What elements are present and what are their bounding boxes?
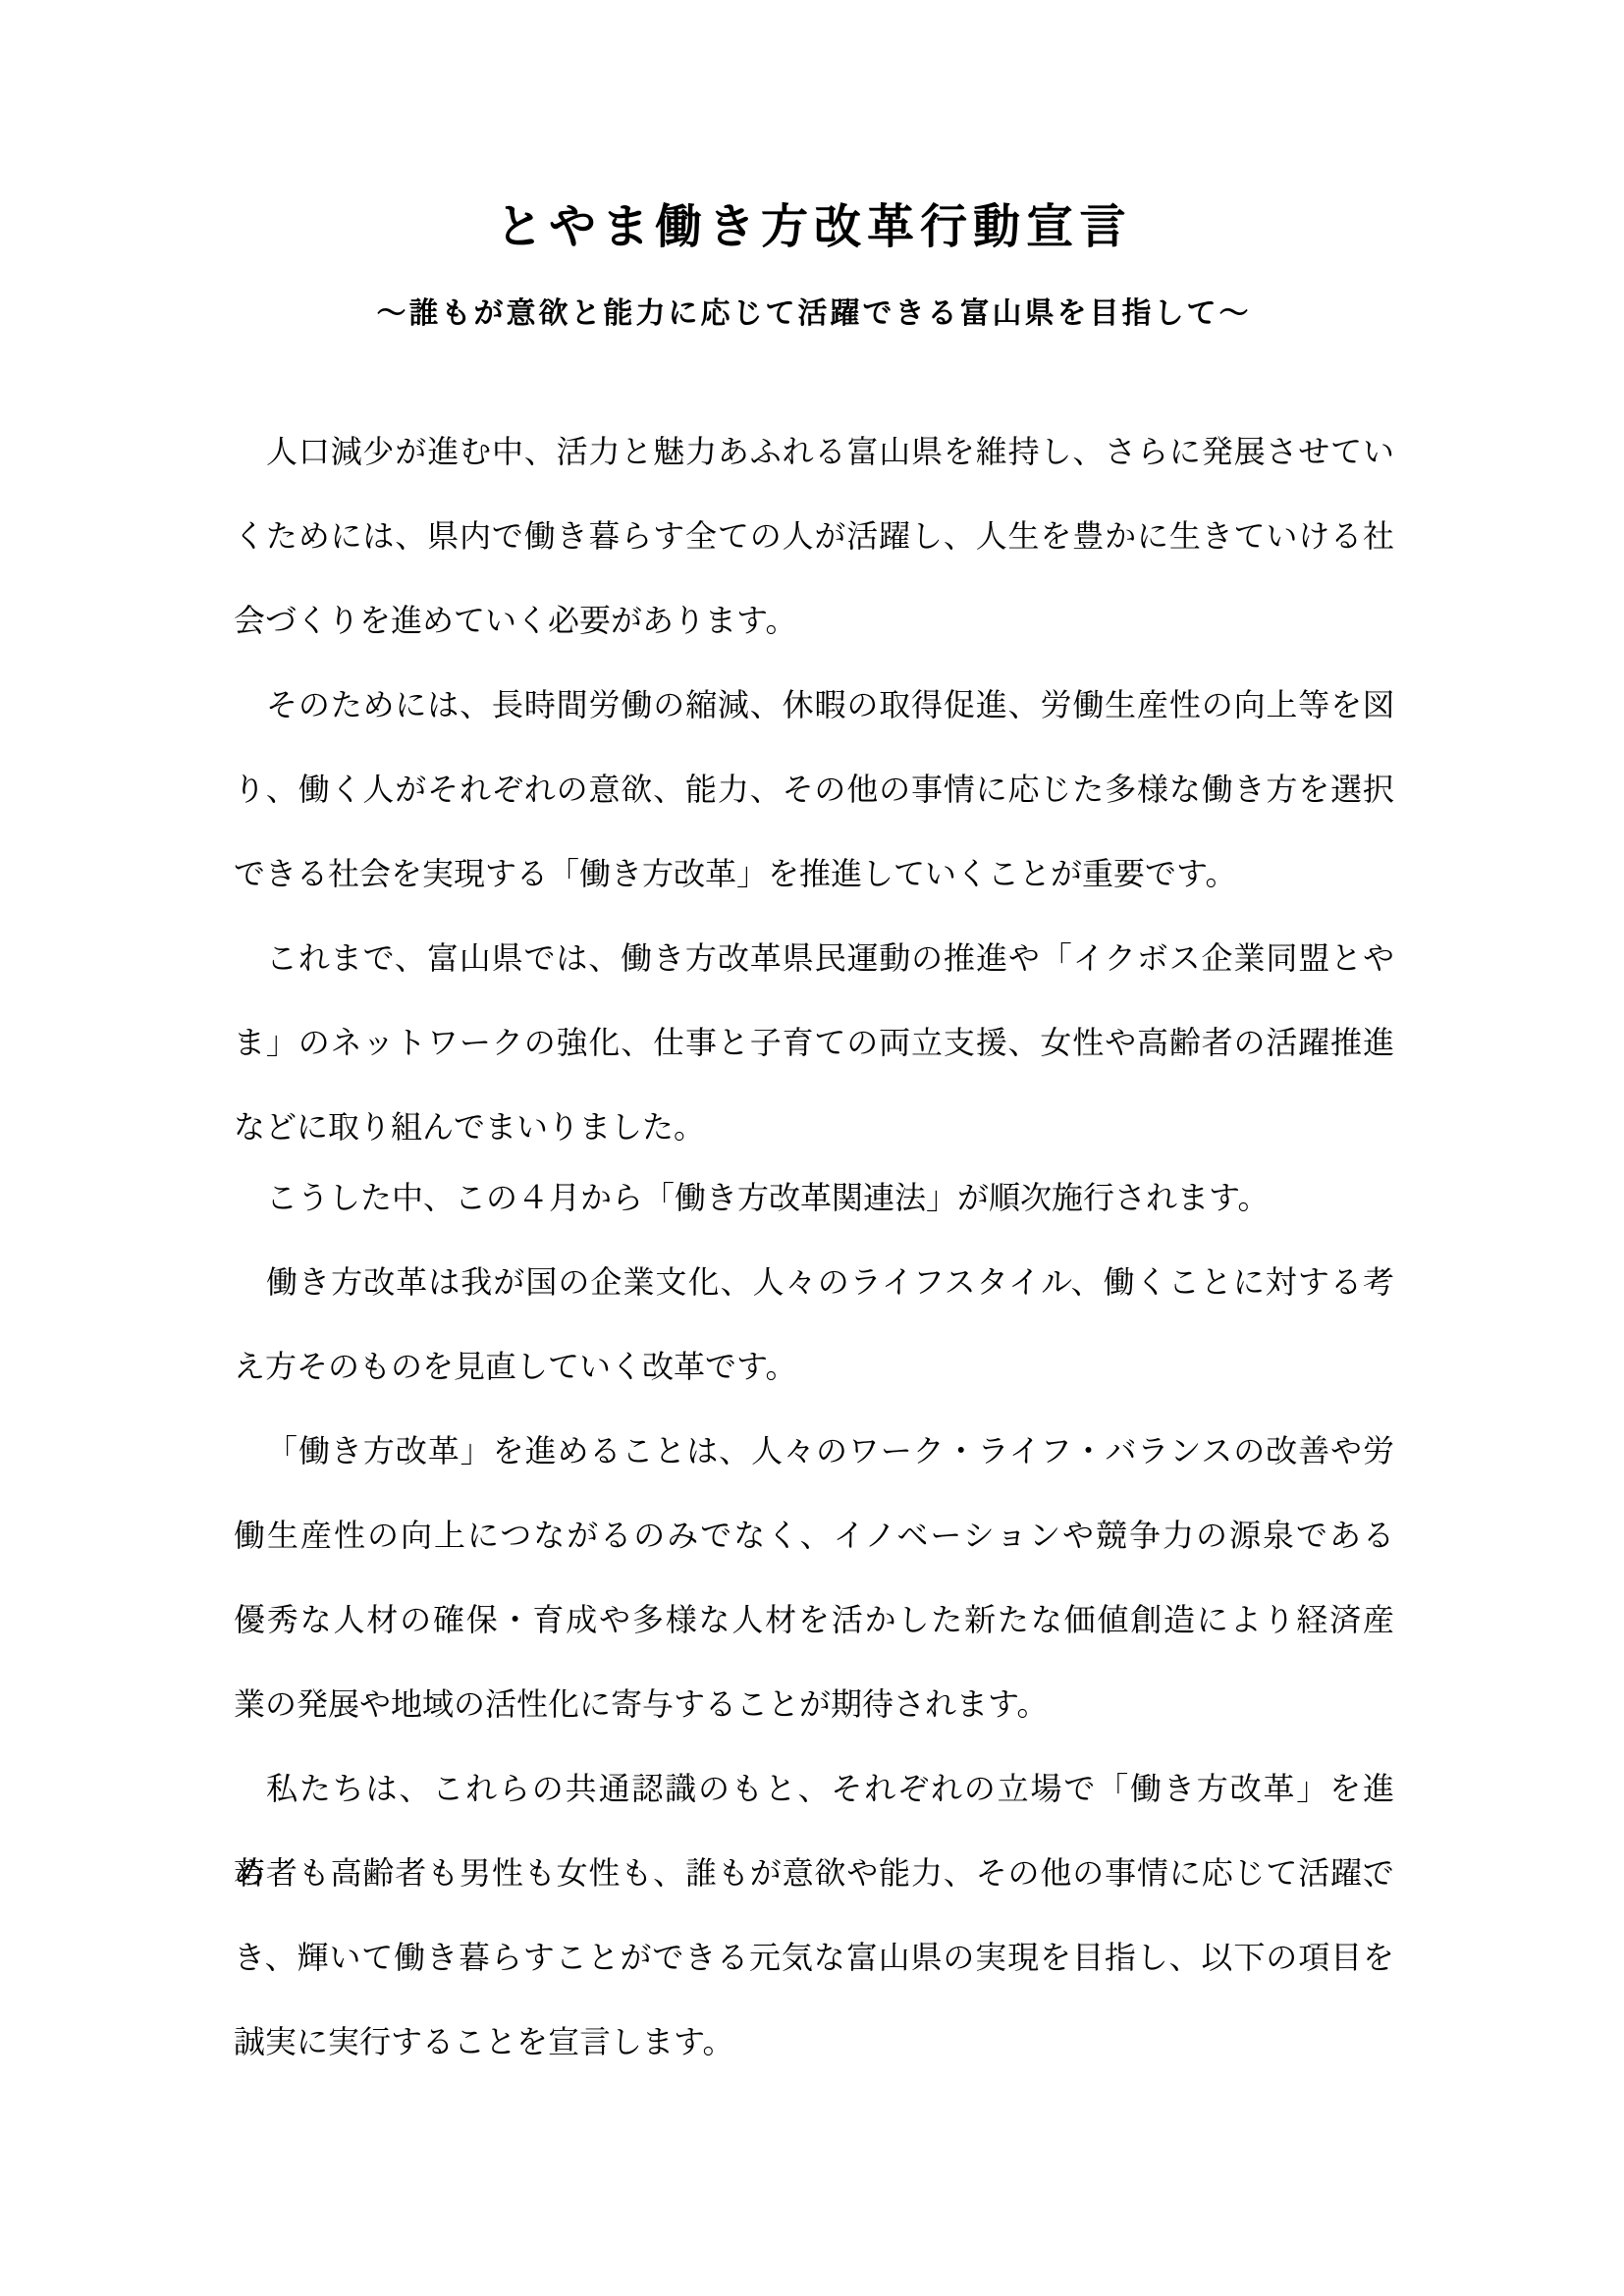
document-title: とやま働き方改革行動宣言 [234,200,1394,254]
body-line: 人口減少が進む中、活力と魅力あふれる富山県を維持し、さらに発展させてい [234,409,1394,494]
body-line: 誠実に実行することを宣言します。 [234,2000,1394,2084]
body-line: 業の発展や地域の活性化に寄与することが期待されます。 [234,1662,1394,1746]
body-line: 働き方改革は我が国の企業文化、人々のライフスタイル、働くことに対する考 [234,1240,1394,1324]
body-line: ま」のネットワークの強化、仕事と子育ての両立支援、女性や高齢者の活躍推進 [234,1000,1394,1085]
document-body: 人口減少が進む中、活力と魅力あふれる富山県を維持し、さらに発展させてい くために… [234,409,1394,2084]
body-line: 私たちは、これらの共通認識のもと、それぞれの立場で「働き方改革」を進め、 [234,1746,1394,1831]
body-line: くためには、県内で働き暮らす全ての人が活躍し、人生を豊かに生きていける社 [234,494,1394,578]
body-line: り、働く人がそれぞれの意欲、能力、その他の事情に応じた多様な働き方を選択 [234,747,1394,831]
body-line: き、輝いて働き暮らすことができる元気な富山県の実現を目指し、以下の項目を [234,1915,1394,2000]
body-line: 「働き方改革」を進めることは、人々のワーク・ライフ・バランスの改善や労 [234,1409,1394,1493]
body-line: これまで、富山県では、働き方改革県民運動の推進や「イクボス企業同盟とや [234,916,1394,1000]
body-line: できる社会を実現する「働き方改革」を推進していくことが重要です。 [234,831,1394,916]
body-line: え方そのものを見直していく改革です。 [234,1324,1394,1409]
document-subtitle: ～誰もが意欲と能力に応じて活躍できる富山県を目指して～ [234,296,1394,332]
document-page: とやま働き方改革行動宣言 ～誰もが意欲と能力に応じて活躍できる富山県を目指して～… [0,0,1624,2296]
body-line: 会づくりを進めていく必要があります。 [234,578,1394,663]
body-line: 優秀な人材の確保・育成や多様な人材を活かした新たな価値創造により経済産 [234,1577,1394,1662]
body-line: 若者も高齢者も男性も女性も、誰もが意欲や能力、その他の事情に応じて活躍で [234,1831,1394,1915]
body-line: そのためには、長時間労働の縮減、休暇の取得促進、労働生産性の向上等を図 [234,663,1394,747]
body-line: こうした中、この４月から「働き方改革関連法」が順次施行されます。 [234,1155,1394,1240]
body-line: 働生産性の向上につながるのみでなく、イノベーションや競争力の源泉である [234,1493,1394,1577]
